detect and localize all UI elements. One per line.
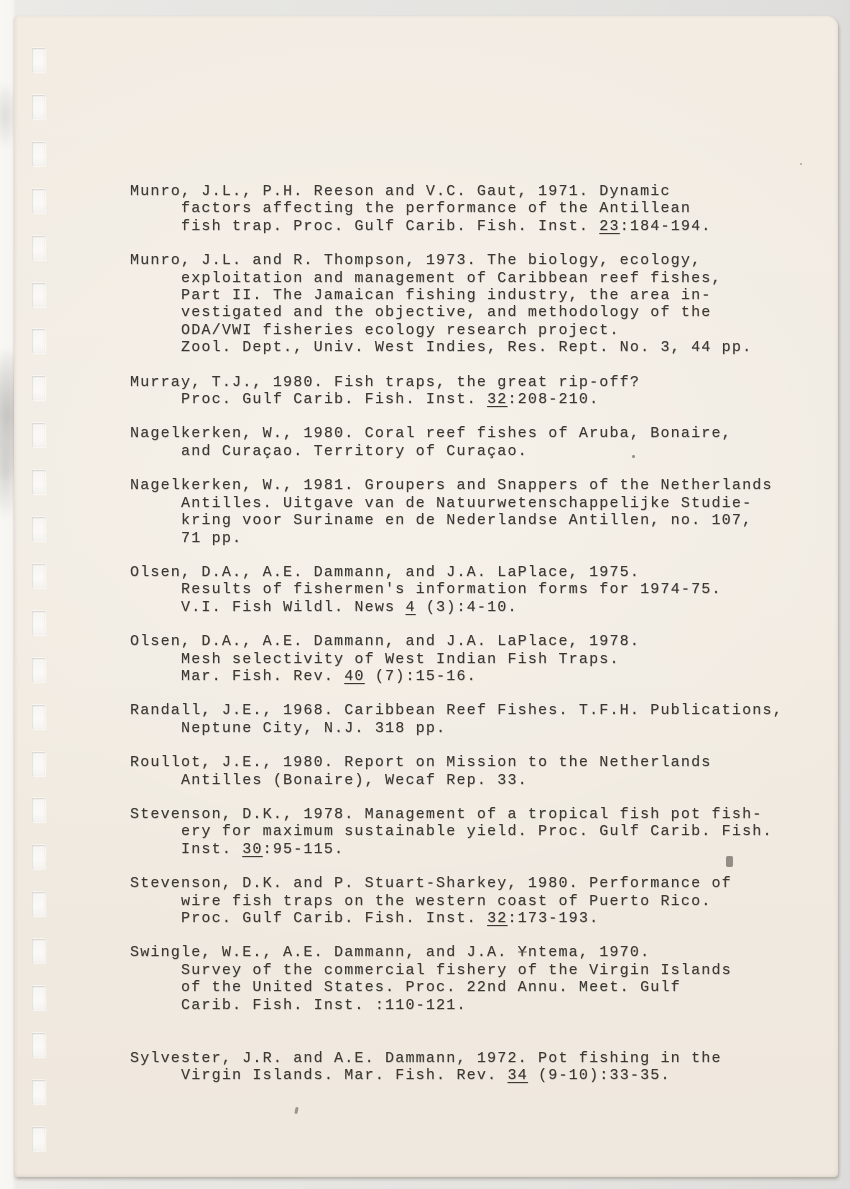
reference-line: exploitation and management of Caribbean…	[130, 270, 824, 287]
binding-hole	[32, 798, 45, 822]
reference-line: Munro, J.L., P.H. Reeson and V.C. Gaut, …	[130, 183, 824, 200]
reference-entry: Sylvester, J.R. and A.E. Dammann, 1972. …	[130, 1050, 824, 1085]
reference-entry: Munro, J.L. and R. Thompson, 1973. The b…	[130, 252, 824, 356]
reference-line: ery for maximum sustainable yield. Proc.…	[130, 823, 824, 840]
reference-entry: Olsen, D.A., A.E. Dammann, and J.A. LaPl…	[130, 633, 824, 685]
reference-line: kring voor Suriname en de Nederlandse An…	[130, 512, 824, 529]
binding-hole	[32, 752, 45, 776]
binding-hole	[32, 892, 45, 916]
typewriter-overstrike-mark	[726, 856, 733, 867]
underlined-volume-number: 32	[487, 910, 507, 927]
binding-hole	[32, 376, 45, 400]
reference-line: of the United States. Proc. 22nd Annu. M…	[130, 979, 824, 996]
reference-line: Antilles. Uitgave van de Natuurwetenscha…	[130, 495, 824, 512]
binding-hole	[32, 845, 45, 869]
scan-background: Munro, J.L., P.H. Reeson and V.C. Gaut, …	[0, 0, 850, 1189]
reference-line: Mesh selectivity of West Indian Fish Tra…	[130, 651, 824, 668]
binding-hole	[32, 189, 45, 213]
reference-line: Antilles (Bonaire), Wecaf Rep. 33.	[130, 772, 824, 789]
reference-line: Olsen, D.A., A.E. Dammann, and J.A. LaPl…	[130, 633, 824, 650]
reference-entry: Nagelkerken, W., 1981. Groupers and Snap…	[130, 477, 824, 547]
reference-line: 71 pp.	[130, 530, 824, 547]
binding-hole	[32, 1033, 45, 1057]
reference-line: Roullot, J.E., 1980. Report on Mission t…	[130, 754, 824, 771]
reference-line: Swingle, W.E., A.E. Dammann, and J.A. Yn…	[130, 944, 824, 961]
reference-line: Part II. The Jamaican fishing industry, …	[130, 287, 824, 304]
binding-hole	[32, 95, 45, 119]
binding-hole	[32, 986, 45, 1010]
reference-entry: Randall, J.E., 1968. Caribbean Reef Fish…	[130, 702, 824, 737]
reference-line: Nagelkerken, W., 1980. Coral reef fishes…	[130, 425, 824, 442]
underlined-volume-number: 23	[599, 218, 619, 235]
reference-line: Proc. Gulf Carib. Fish. Inst. 32:173-193…	[130, 910, 824, 927]
underlined-volume-number: 4	[405, 599, 415, 616]
reference-line: vestigated and the objective, and method…	[130, 304, 824, 321]
reference-line: fish trap. Proc. Gulf Carib. Fish. Inst.…	[130, 218, 824, 235]
underlined-volume-number: 40	[344, 668, 364, 685]
reference-line: Carib. Fish. Inst. :110-121.	[130, 997, 824, 1014]
binding-hole	[32, 517, 45, 541]
binding-hole	[32, 1080, 45, 1104]
reference-entry: Olsen, D.A., A.E. Dammann, and J.A. LaPl…	[130, 564, 824, 616]
reference-line: V.I. Fish Wildl. News 4 (3):4-10.	[130, 599, 824, 616]
binding-hole	[32, 48, 45, 72]
reference-line: Inst. 30:95-115.	[130, 841, 824, 858]
reference-line: Olsen, D.A., A.E. Dammann, and J.A. LaPl…	[130, 564, 824, 581]
reference-line: Stevenson, D.K. and P. Stuart-Sharkey, 1…	[130, 875, 824, 892]
binding-hole	[32, 564, 45, 588]
reference-line: Zool. Dept., Univ. West Indies, Res. Rep…	[130, 339, 824, 356]
binding-hole	[32, 1127, 45, 1151]
reference-line: Survey of the commercial fishery of the …	[130, 962, 824, 979]
reference-line: Sylvester, J.R. and A.E. Dammann, 1972. …	[130, 1050, 824, 1067]
reference-entry: Munro, J.L., P.H. Reeson and V.C. Gaut, …	[130, 183, 824, 235]
reference-line: Murray, T.J., 1980. Fish traps, the grea…	[130, 374, 824, 391]
reference-entry: Stevenson, D.K., 1978. Management of a t…	[130, 806, 824, 858]
binding-hole	[32, 329, 45, 353]
underlined-volume-number: 32	[487, 391, 507, 408]
binding-hole	[32, 142, 45, 166]
reference-line: wire fish traps on the western coast of …	[130, 893, 824, 910]
reference-list: Munro, J.L., P.H. Reeson and V.C. Gaut, …	[130, 183, 824, 1102]
underlined-volume-number: 34	[507, 1067, 527, 1084]
reference-line: Neptune City, N.J. 318 pp.	[130, 720, 824, 737]
binding-hole	[32, 939, 45, 963]
binding-hole	[32, 470, 45, 494]
reference-entry: Stevenson, D.K. and P. Stuart-Sharkey, 1…	[130, 875, 824, 927]
reference-line: Randall, J.E., 1968. Caribbean Reef Fish…	[130, 702, 824, 719]
reference-line: Proc. Gulf Carib. Fish. Inst. 32:208-210…	[130, 391, 824, 408]
binding-hole	[32, 705, 45, 729]
reference-line: Mar. Fish. Rev. 40 (7):15-16.	[130, 668, 824, 685]
ink-speck	[800, 163, 802, 165]
binding-hole	[32, 423, 45, 447]
binding-hole	[32, 283, 45, 307]
binding-hole	[32, 658, 45, 682]
reference-entry: Nagelkerken, W., 1980. Coral reef fishes…	[130, 425, 824, 460]
reference-line: and Curaçao. Territory of Curaçao.	[130, 443, 824, 460]
reference-line: ODA/VWI fisheries ecology research proje…	[130, 322, 824, 339]
reference-line: factors affecting the performance of the…	[130, 200, 824, 217]
reference-entry: Murray, T.J., 1980. Fish traps, the grea…	[130, 374, 824, 409]
reference-line: Nagelkerken, W., 1981. Groupers and Snap…	[130, 477, 824, 494]
reference-line: Stevenson, D.K., 1978. Management of a t…	[130, 806, 824, 823]
reference-line: Munro, J.L. and R. Thompson, 1973. The b…	[130, 252, 824, 269]
reference-line: Results of fishermen's information forms…	[130, 581, 824, 598]
typewriter-correction-mark	[518, 951, 527, 953]
binding-hole	[32, 611, 45, 635]
ink-speck	[632, 455, 635, 458]
reference-line: Virgin Islands. Mar. Fish. Rev. 34 (9-10…	[130, 1067, 824, 1084]
reference-entry: Swingle, W.E., A.E. Dammann, and J.A. Yn…	[130, 944, 824, 1014]
binding-hole	[32, 236, 45, 260]
reference-entry: Roullot, J.E., 1980. Report on Mission t…	[130, 754, 824, 789]
underlined-volume-number: 30	[242, 841, 262, 858]
document-page: Munro, J.L., P.H. Reeson and V.C. Gaut, …	[14, 16, 838, 1177]
